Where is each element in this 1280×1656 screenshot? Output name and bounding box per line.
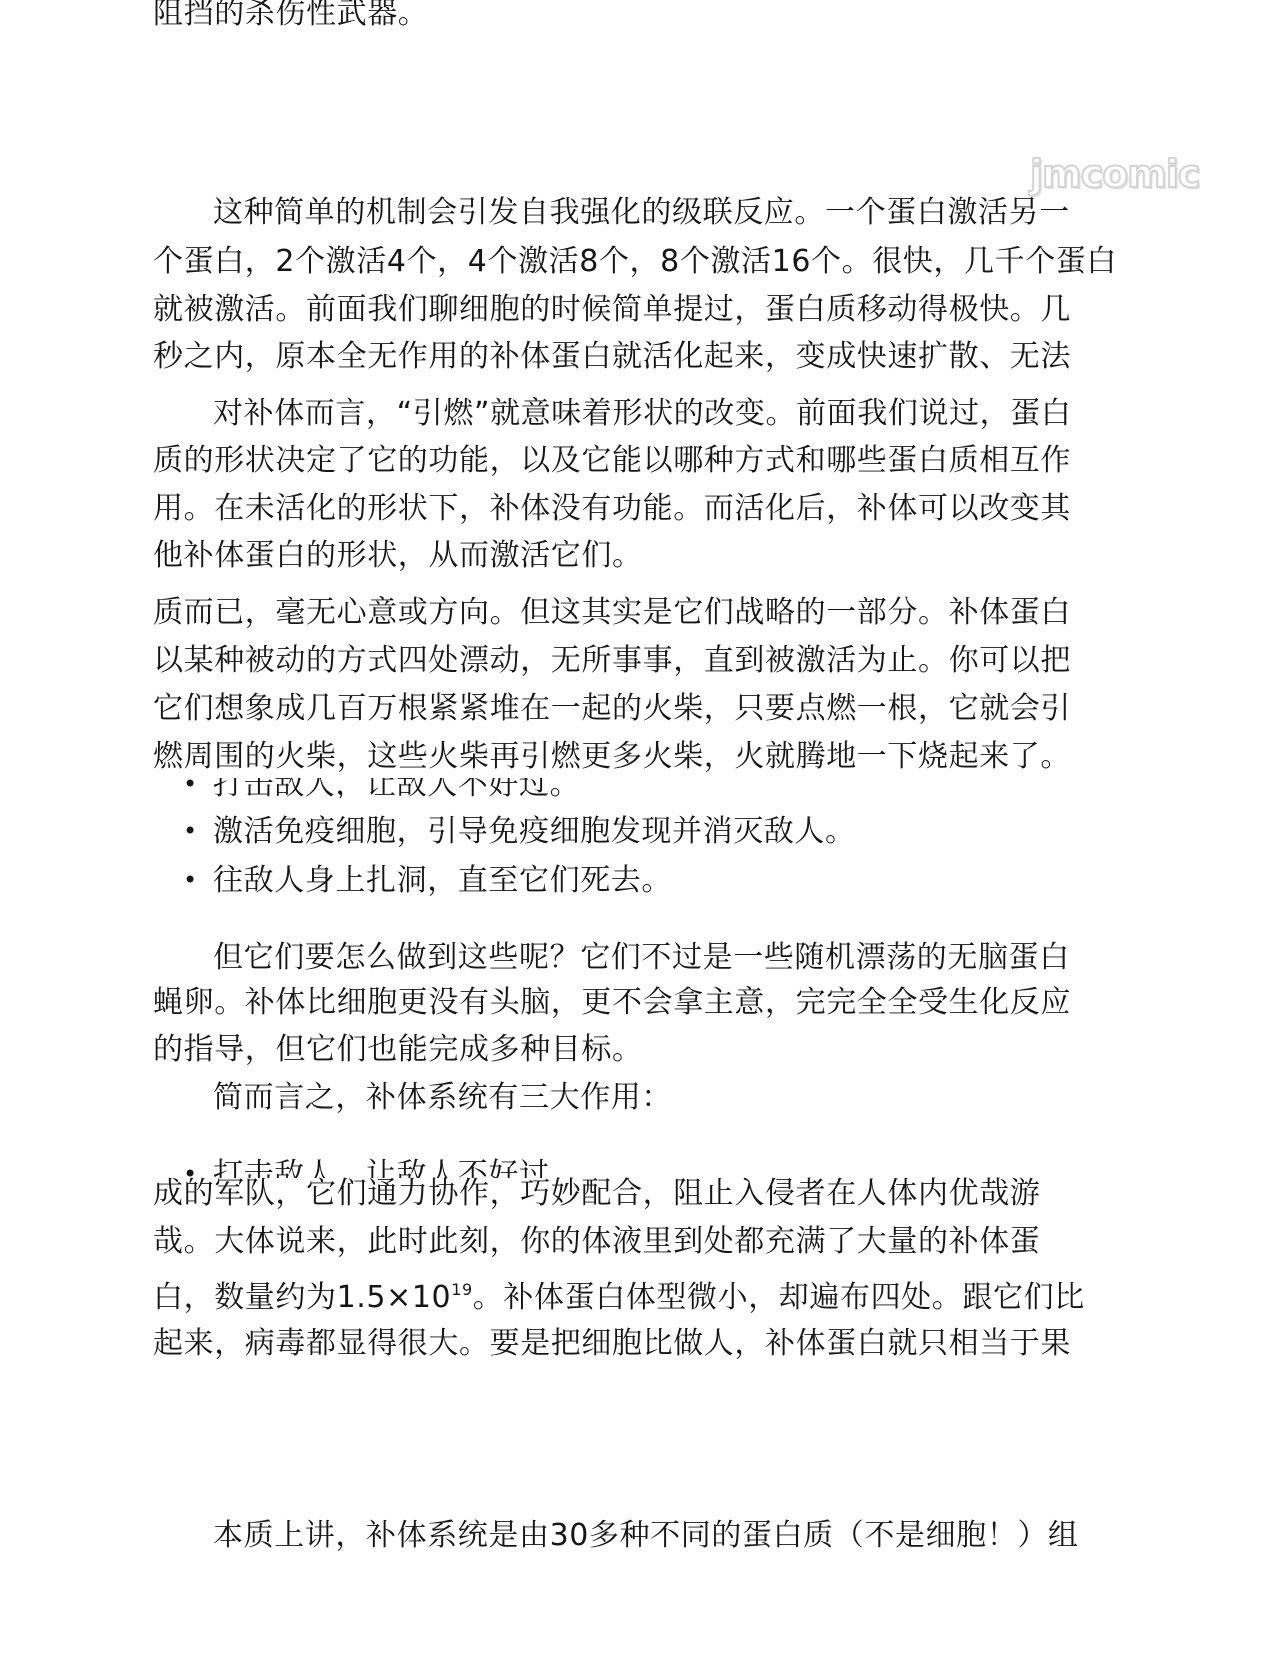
bullet-item: •激活免疫细胞，引导免疫细胞发现并消灭敌人。 <box>183 813 1093 850</box>
text-line: 质而已，毫无心意或方向。但这其实是它们战略的一部分。补体蛋白 <box>153 595 1063 631</box>
bullet-text: 往敌人身上扎洞，直至它们死去。 <box>213 863 672 898</box>
bullet-item: •往敌人身上扎洞，直至它们死去。 <box>183 862 1093 899</box>
text-line: 以某种被动的方式四处漂动，无所事事，直到被激活为止。你可以把 <box>153 643 1063 679</box>
text-line-with-exponent: 白，数量约为1.5×1019。补体蛋白体型微小，却遍布四处。跟它们比 <box>153 1280 1063 1316</box>
text-line: 起来，病毒都显得很大。要是把细胞比做人，补体蛋白就只相当于果 <box>153 1326 1063 1362</box>
text-line: 它们想象成几百万根紧紧堆在一起的火柴，只要点燃一根，它就会引 <box>153 691 1063 727</box>
bullet-text: 激活免疫细胞，引导免疫细胞发现并消灭敌人。 <box>213 814 856 849</box>
bullet-text: 打击敌人，让敌人不好过。 <box>213 778 580 798</box>
document-page: jmcomic 阻挡的杀伤性武器。 这种简单的机制会引发自我强化的级联反应。一个… <box>0 0 1280 1656</box>
bullet-icon: • <box>183 778 213 798</box>
text-line: 质的形状决定了它的功能，以及它能以哪种方式和哪些蛋白质相互作 <box>153 443 1063 479</box>
paragraph-start-line: 这种简单的机制会引发自我强化的级联反应。一个蛋白激活另一 <box>213 195 1063 231</box>
text-line: 就被激活。前面我们聊细胞的时候简单提过，蛋白质移动得极快。几 <box>153 292 1063 328</box>
text-line: 阻挡的杀伤性武器。 <box>153 0 1063 32</box>
text-line: 他补体蛋白的形状，从而激活它们。 <box>153 538 1063 574</box>
bullet-icon: • <box>183 813 213 849</box>
paragraph-start-line: 但它们要怎么做到这些呢？它们不过是一些随机漂荡的无脑蛋白 <box>213 940 1063 976</box>
bullet-text: 打击敌人，让敌人不好过。 <box>213 1157 580 1178</box>
text-line: 的指导，但它们也能完成多种目标。 <box>153 1032 1063 1068</box>
watermark-logo: jmcomic <box>1030 152 1199 196</box>
bullet-item-clipped: •打击敌人，让敌人不好过。 <box>183 1156 1093 1178</box>
paragraph-start-line: 简而言之，补体系统有三大作用： <box>213 1080 1063 1116</box>
text-line: 用。在未活化的形状下，补体没有功能。而活化后，补体可以改变其 <box>153 491 1063 527</box>
bullet-icon: • <box>183 1156 213 1178</box>
bullet-item-clipped: •打击敌人，让敌人不好过。 <box>183 778 1093 798</box>
text-line: 燃周围的火柴，这些火柴再引燃更多火柴，火就腾地一下烧起来了。 <box>153 739 1063 775</box>
exponent: 19 <box>451 1280 473 1299</box>
bullet-icon: • <box>183 862 213 898</box>
paragraph-start-line: 对补体而言，“引燃”就意味着形状的改变。前面我们说过，蛋白 <box>213 396 1063 432</box>
text-line: 秒之内，原本全无作用的补体蛋白就活化起来，变成快速扩散、无法 <box>153 339 1063 375</box>
text-line: 蝇卵。补体比细胞更没有头脑，更不会拿主意，完完全全受生化反应 <box>153 985 1063 1021</box>
text-line: 个蛋白，2个激活4个，4个激活8个，8个激活16个。很快，几千个蛋白 <box>153 244 1063 280</box>
paragraph-start-line: 本质上讲，补体系统是由30多种不同的蛋白质（不是细胞！）组 <box>213 1518 1063 1554</box>
text-line: 成的军队，它们通力协作，巧妙配合，阻止入侵者在人体内优哉游 <box>153 1176 1063 1212</box>
text-line: 哉。大体说来，此时此刻，你的体液里到处都充满了大量的补体蛋 <box>153 1224 1063 1260</box>
